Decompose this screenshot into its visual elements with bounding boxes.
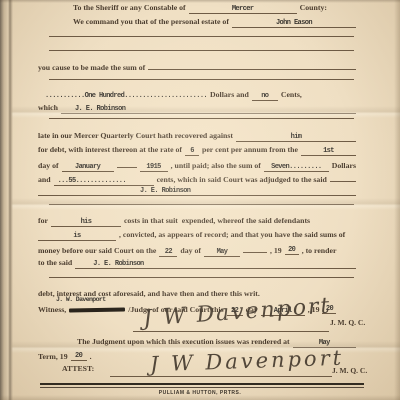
rate-fill: 6 xyxy=(185,147,199,156)
scanned-writ-document: To the Sheriff or any Constable of Merce… xyxy=(0,0,400,400)
printer-imprint: PULLIAM & HUTTON, PRTRS. xyxy=(0,390,400,396)
date-line: day of January 1915 , until paid; also t… xyxy=(38,159,356,172)
recovered-line: late in our Mercer Quarterly Court hath … xyxy=(38,131,356,142)
judge-signature: J W Davenport xyxy=(142,293,332,331)
sum-fill-blank xyxy=(148,61,356,70)
scan-edge-right xyxy=(394,0,400,400)
return-year-fill: 20 xyxy=(285,246,299,255)
witness-label: Witness, xyxy=(38,305,66,314)
cents-value-fill: ...55.............. xyxy=(54,177,154,186)
to-said-label: to the said xyxy=(38,258,72,267)
attest-line: ATTEST: xyxy=(62,364,122,373)
year-19-label: , 19 xyxy=(270,246,282,255)
return-day-fill: 22 xyxy=(159,248,177,257)
convicted-text: , convicted, as appears of record; and t… xyxy=(119,230,345,239)
adjudged-text: cents, which in said Court was adjudged … xyxy=(157,175,327,184)
and-label: and xyxy=(38,175,51,184)
rate-line: for debt, with interest thereon at the r… xyxy=(38,145,356,156)
sum-text: you cause to be made the sum of xyxy=(38,63,145,72)
is-fill: is xyxy=(38,232,116,241)
bottom-rule-light xyxy=(40,387,364,388)
recovered-text: late in our Mercer Quarterly Court hath … xyxy=(38,131,233,140)
typed-judge-name: J. W. Davenport xyxy=(56,296,106,303)
rate-mid-text: per cent per annum from the xyxy=(202,145,298,154)
recovered-fill: him xyxy=(236,133,356,142)
dollars-label: Dollars and xyxy=(210,90,249,99)
salutation-line: To the Sheriff or any Constable of Merce… xyxy=(73,3,356,14)
seven-dollars-fill: Seven......... xyxy=(264,163,329,172)
adjudged-name-fill: J. E. Robinson xyxy=(38,187,356,196)
to-render-text: , to render xyxy=(302,246,337,255)
before-court-text: money before our said Court on the xyxy=(38,246,156,255)
his-fill: his xyxy=(51,218,121,227)
judge-signature-suffix: J. M. Q. C. xyxy=(330,318,365,327)
term-label: Term, 19 xyxy=(38,352,68,361)
bottom-rule-heavy xyxy=(40,383,364,385)
salutation-text: To the Sheriff or any Constable of xyxy=(73,3,186,12)
amount-line: ...........One Hundred..................… xyxy=(45,90,356,101)
costs-line: for his costs in that suit expended, whe… xyxy=(38,216,356,227)
attest-rule xyxy=(110,376,332,377)
estate-name-fill: John Eason xyxy=(232,19,356,28)
ruled-line xyxy=(49,36,354,37)
before-court-line: money before our said Court on the 22 da… xyxy=(38,244,356,257)
ruled-line xyxy=(49,118,354,119)
day-of-label-2: day of xyxy=(180,246,201,255)
dollars-label-2: Dollars xyxy=(332,161,356,170)
attest-signature: J W Davenport xyxy=(150,346,345,377)
ordinal-fill: 1st xyxy=(301,147,356,156)
command-text: We command you that of the personal esta… xyxy=(73,17,229,26)
blank-fill-end xyxy=(330,173,356,182)
salutation-county-label: County: xyxy=(300,3,327,12)
to-said-name-fill: J. E. Robinson xyxy=(75,260,356,269)
ruled-line xyxy=(49,50,354,51)
ruled-line xyxy=(49,204,354,205)
for-label: for xyxy=(38,216,48,225)
cents-fill: no xyxy=(252,92,278,101)
judgment-text: The Judgment upon which this execution i… xyxy=(77,337,290,346)
which-label: which xyxy=(38,103,58,112)
term-year-fill: 20 xyxy=(71,352,87,361)
attest-signature-suffix: J. M. Q. C. xyxy=(332,366,367,375)
rate-text: for debt, with interest thereon at the r… xyxy=(38,145,182,154)
day-of-label: day of xyxy=(38,161,59,170)
costs-text: costs in that suit expended, whereof the… xyxy=(124,216,310,225)
scan-edge-left xyxy=(0,0,13,400)
cents-label: Cents, xyxy=(281,90,302,99)
signature-rule xyxy=(133,331,329,332)
sum-line: you cause to be made the sum of xyxy=(38,61,356,72)
struck-out-name xyxy=(69,307,125,312)
to-said-line: to the said J. E. Robinson xyxy=(38,258,356,269)
ruled-line xyxy=(49,277,354,278)
until-paid-text: , until paid; also the sum of xyxy=(171,161,261,170)
ruled-line xyxy=(49,79,354,80)
attest-label: ATTEST: xyxy=(62,364,94,373)
command-line: We command you that of the personal esta… xyxy=(73,17,356,28)
amount-typed-value: ...........One Hundred..................… xyxy=(45,92,207,100)
which-line: which J. E. Robinson xyxy=(38,103,356,114)
cents-line: and ...55.............. cents, which in … xyxy=(38,173,356,186)
blank-fill-2 xyxy=(243,244,267,253)
return-month-fill: May xyxy=(204,248,240,257)
term-period: . xyxy=(90,352,92,361)
convicted-line: is , convicted, as appears of record; an… xyxy=(38,230,356,241)
adjudged-name-line: J. E. Robinson xyxy=(38,187,356,196)
year-fill: 1915 xyxy=(140,163,168,172)
county-fill: Mercer xyxy=(189,5,297,14)
plaintiff-name-fill: J. E. Robinson xyxy=(61,105,356,114)
blank-fill xyxy=(117,159,137,168)
month-fill: January xyxy=(62,163,114,172)
